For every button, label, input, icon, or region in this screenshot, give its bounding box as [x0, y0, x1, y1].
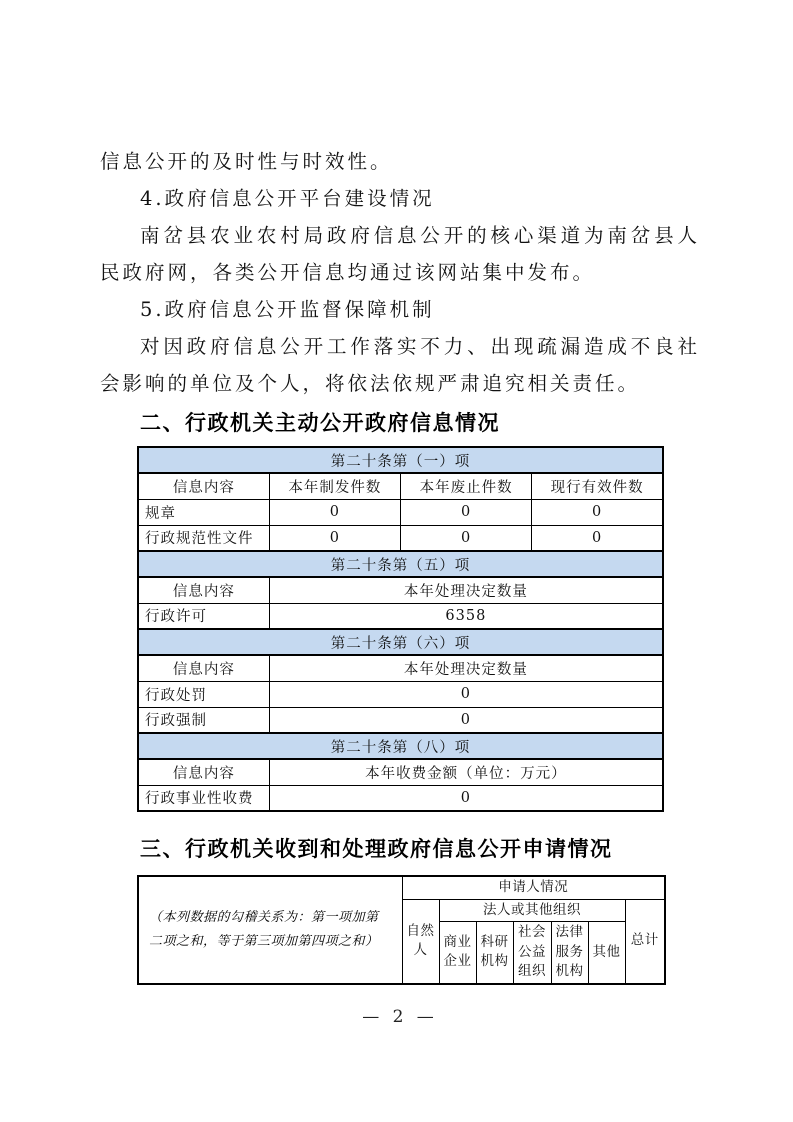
value-cell: 0 [269, 681, 663, 707]
row-label-cell: 行政事业性收费 [138, 785, 269, 811]
table-row: 第二十条第（一）项 [138, 447, 663, 473]
proactive-disclosure-table: 第二十条第（一）项 信息内容 本年制发件数 本年废止件数 现行有效件数 规章 0… [137, 446, 664, 812]
column-header-cell: 信息内容 [138, 759, 269, 785]
value-cell: 6358 [269, 603, 663, 629]
column-header-cell: 商业企业 [439, 922, 476, 984]
column-header-cell: 现行有效件数 [532, 473, 663, 499]
applicant-header-cell: 申请人情况 [402, 876, 665, 899]
value-cell: 0 [401, 499, 532, 525]
body-paragraph: 信息公开的及时性与时效性。 [100, 143, 700, 180]
row-label-cell: 行政处罚 [138, 681, 269, 707]
row-label-cell: 行政强制 [138, 707, 269, 733]
column-header-cell: 本年处理决定数量 [269, 577, 663, 603]
value-cell: 0 [269, 707, 663, 733]
table-note-cell: （本列数据的勾稽关系为：第一项加第二项之和，等于第三项加第四项之和） [138, 876, 402, 984]
column-header-cell: 信息内容 [138, 473, 269, 499]
body-paragraph: 对因政府信息公开工作落实不力、出现疏漏造成不良社会影响的单位及个人，将依法依规严… [100, 328, 700, 402]
table-row: 行政处罚 0 [138, 681, 663, 707]
column-header-cell: 本年制发件数 [269, 473, 400, 499]
body-paragraph: 4.政府信息公开平台建设情况 [100, 180, 700, 217]
section-header-cell: 第二十条第（一）项 [138, 447, 663, 473]
table-row: 行政规范性文件 0 0 0 [138, 525, 663, 551]
table-row: 信息内容 本年处理决定数量 [138, 655, 663, 681]
column-header-cell: 法律服务机构 [551, 922, 588, 984]
table-row: 规章 0 0 0 [138, 499, 663, 525]
column-header-cell: 本年处理决定数量 [269, 655, 663, 681]
column-header-cell: 本年收费金额（单位：万元） [269, 759, 663, 785]
section-2-heading: 二、行政机关主动公开政府信息情况 [140, 404, 700, 442]
column-header-cell: 其他 [588, 922, 625, 984]
table-row: 信息内容 本年处理决定数量 [138, 577, 663, 603]
value-cell: 0 [269, 785, 663, 811]
section-header-cell: 第二十条第（六）项 [138, 629, 663, 655]
table-row: 行政强制 0 [138, 707, 663, 733]
value-cell: 0 [269, 525, 400, 551]
table-row: 信息内容 本年收费金额（单位：万元） [138, 759, 663, 785]
row-label-cell: 行政许可 [138, 603, 269, 629]
row-label-cell: 规章 [138, 499, 269, 525]
value-cell: 0 [269, 499, 400, 525]
column-header-cell: 科研机构 [476, 922, 513, 984]
value-cell: 0 [532, 525, 663, 551]
natural-person-header-cell: 自然人 [402, 899, 439, 984]
value-cell: 0 [532, 499, 663, 525]
column-header-cell: 信息内容 [138, 577, 269, 603]
legal-entity-group-header-cell: 法人或其他组织 [439, 899, 625, 922]
column-header-cell: 社会公益组织 [513, 922, 551, 984]
section-3-heading: 三、行政机关收到和处理政府信息公开申请情况 [140, 830, 700, 868]
document-page: 信息公开的及时性与时效性。 4.政府信息公开平台建设情况 南岔县农业农村局政府信… [0, 0, 793, 1122]
section-header-cell: 第二十条第（五）项 [138, 551, 663, 577]
table-row: 行政许可 6358 [138, 603, 663, 629]
body-paragraph: 5.政府信息公开监督保障机制 [100, 291, 700, 328]
requests-table: （本列数据的勾稽关系为：第一项加第二项之和，等于第三项加第四项之和） 申请人情况… [137, 875, 666, 985]
row-label-cell: 行政规范性文件 [138, 525, 269, 551]
table-row: 第二十条第（八）项 [138, 733, 663, 759]
table-row: 第二十条第（五）项 [138, 551, 663, 577]
table-row: （本列数据的勾稽关系为：第一项加第二项之和，等于第三项加第四项之和） 申请人情况 [138, 876, 665, 899]
table-row: 行政事业性收费 0 [138, 785, 663, 811]
column-header-cell: 信息内容 [138, 655, 269, 681]
section-header-cell: 第二十条第（八）项 [138, 733, 663, 759]
value-cell: 0 [401, 525, 532, 551]
table-row: 第二十条第（六）项 [138, 629, 663, 655]
total-header-cell: 总计 [625, 899, 665, 984]
table-row: 信息内容 本年制发件数 本年废止件数 现行有效件数 [138, 473, 663, 499]
page-number: — 2 — [100, 1003, 700, 1031]
column-header-cell: 本年废止件数 [401, 473, 532, 499]
body-paragraph: 南岔县农业农村局政府信息公开的核心渠道为南岔县人民政府网，各类公开信息均通过该网… [100, 217, 700, 291]
